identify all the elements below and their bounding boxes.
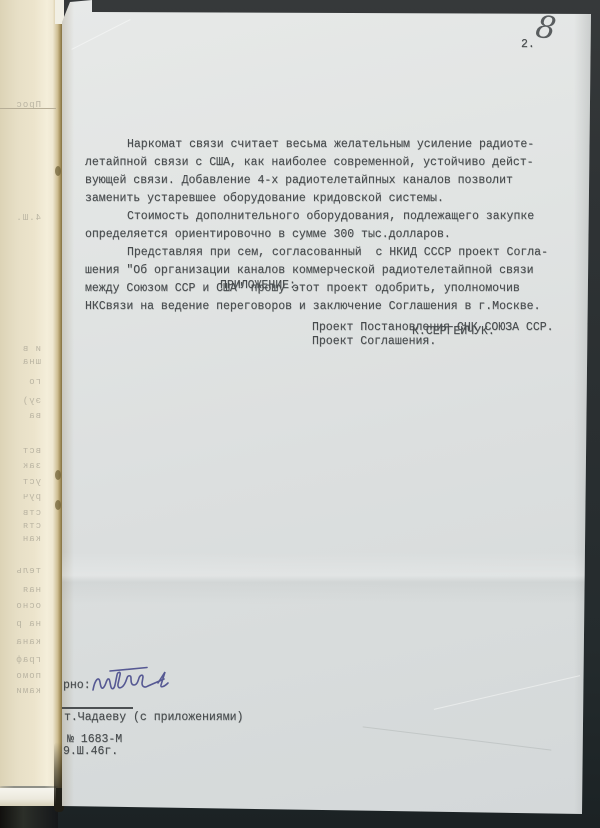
bleed-text-fragment: стя [5, 521, 41, 531]
signer-name: К.СЕРГЕЙЧУК. [412, 323, 495, 341]
document-date: 9.Ш.46г. [63, 743, 118, 761]
certified-true-label: рно: [63, 677, 91, 695]
paper-wrinkle [434, 675, 580, 710]
bleed-text-fragment: помо [5, 671, 41, 681]
page-roll-edge [0, 788, 56, 806]
bleed-text-fragment: осно [5, 601, 41, 611]
binding-hole [55, 500, 61, 510]
edge-shading [574, 0, 591, 814]
typed-page-number: 2. [521, 36, 535, 54]
typed-line: вующей связи. Добавление 4-х радиотелета… [85, 172, 557, 190]
bleed-text-fragment: го [5, 377, 41, 387]
bleed-text-fragment: Прос [5, 100, 41, 110]
binding-hole [55, 166, 61, 176]
bleed-text-fragment: вст [5, 446, 41, 456]
bleed-text-fragment: ками [5, 686, 41, 696]
bleed-text-fragment: кан [5, 534, 41, 544]
bleed-text-fragment: ва [5, 411, 41, 421]
typed-line: Стоимость дополнительного оборудования, … [85, 208, 557, 226]
previous-page-edge: Прос4.Ш.и вшнагоэу)вавстзакустручствстяк… [0, 0, 62, 788]
bleed-text-fragment: зак [5, 461, 41, 471]
binding-hole [55, 470, 61, 480]
typed-line: заменить устаревшее оборудование кридовс… [85, 190, 557, 208]
recipient-line: т.Чадаеву (с приложениями) [64, 709, 243, 727]
typed-line: летайпной связи с США, как наиболее совр… [85, 154, 557, 172]
document-page: 8 2. Наркомат связи считает весьма желат… [62, 0, 591, 814]
bleed-text-fragment: на р [5, 619, 41, 629]
attachment-label: ПРИЛОЖЕНИЕ: [220, 277, 296, 295]
bleed-text-fragment: тель [5, 566, 41, 576]
typed-line: Наркомат связи считает весьма желательны… [85, 136, 557, 154]
pencil-page-number: 8 [533, 9, 558, 48]
paper-wrinkle [71, 19, 130, 50]
archival-photo: Прос4.Ш.и вшнагоэу)вавстзакустручствстяк… [0, 0, 600, 828]
paper-crease [62, 552, 591, 604]
bleed-text-fragment: руч [5, 492, 41, 502]
bleed-text-fragment: кана [5, 637, 41, 647]
bleed-text-fragment: шна [5, 357, 41, 367]
bleed-text-fragment: и в [5, 344, 41, 354]
paper-wrinkle [363, 726, 552, 750]
page-roll-shadow [0, 806, 58, 828]
bleed-text-fragment: 4.Ш. [5, 213, 41, 223]
bleed-text-fragment: ная [5, 585, 41, 595]
bleed-text-fragment: уст [5, 477, 41, 487]
typed-line: определяется ориентировочно в сумме 300 … [85, 226, 557, 244]
bleed-text-fragment: эу) [5, 396, 41, 406]
handwritten-signature [90, 662, 172, 700]
bleed-text-fragment: граф [5, 655, 41, 665]
typed-line: Представляя при сем, согласованный с НКИ… [85, 244, 557, 262]
bleed-text-fragment: ств [5, 508, 41, 518]
bleed-through-fragments: Прос4.Ш.и вшнагоэу)вавстзакустручствстяк… [0, 0, 62, 788]
